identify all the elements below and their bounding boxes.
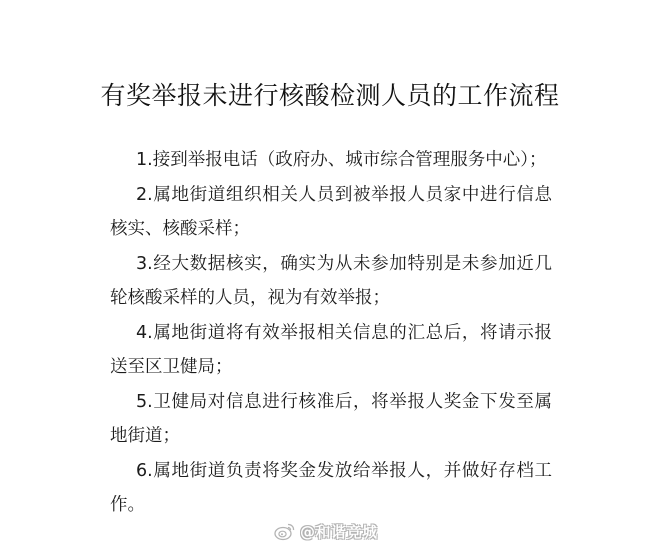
step-3: 3.经大数据核实，确实为从未参加特别是未参加近几轮核酸采样的人员，视为有效举报； [110, 247, 552, 316]
procedure-steps: 1.接到举报电话（政府办、城市综合管理服务中心）； 2.属地街道组织相关人员到被… [110, 143, 552, 523]
weibo-icon [274, 521, 296, 541]
step-1: 1.接到举报电话（政府办、城市综合管理服务中心）； [110, 143, 552, 178]
step-6: 6.属地街道负责将奖金发放给举报人，并做好存档工作。 [110, 454, 552, 523]
document-title: 有奖举报未进行核酸检测人员的工作流程 [0, 80, 660, 112]
step-2: 2.属地街道组织相关人员到被举报人员家中进行信息核实、核酸采样； [110, 178, 552, 247]
weibo-watermark: @和谐竞城 [274, 519, 378, 543]
watermark-text: @和谐竞城 [300, 521, 378, 542]
step-4: 4.属地街道将有效举报相关信息的汇总后，将请示报送至区卫健局； [110, 316, 552, 385]
step-5: 5.卫健局对信息进行核准后，将举报人奖金下发至属地街道； [110, 385, 552, 454]
